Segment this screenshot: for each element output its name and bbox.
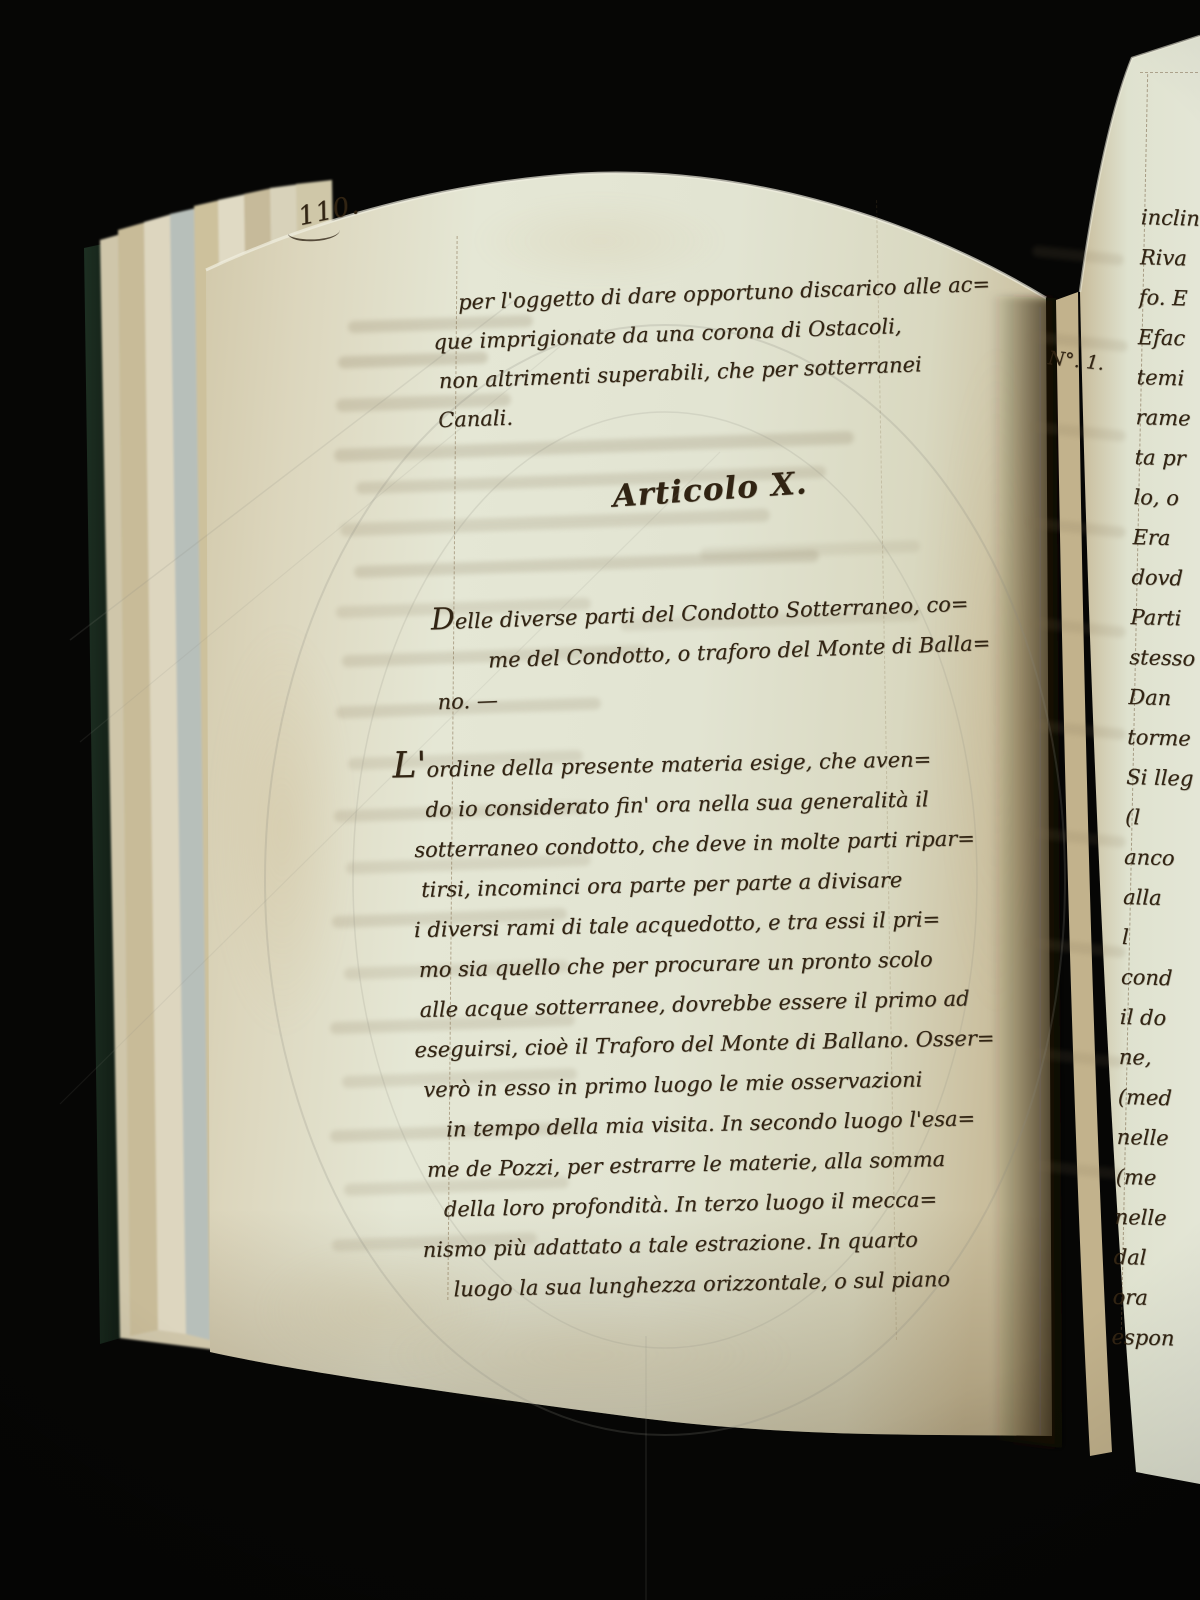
intro-paragraph: per l'oggetto di dare opportuno discaric… (427, 264, 1032, 441)
clipped-line-fragment: torme (1127, 717, 1200, 759)
clipped-line-fragment: lo, o (1133, 477, 1200, 519)
clipped-line-fragment: ne, (1118, 1037, 1193, 1079)
clipped-line-fragment: espon (1111, 1317, 1186, 1359)
clipped-line-fragment: il do (1119, 997, 1194, 1039)
clipped-line-fragment: cond (1121, 957, 1196, 999)
clipped-line-fragment: dal (1113, 1237, 1188, 1279)
manuscript-book-photo: 110. per l'oggetto di dare opportuno dis… (0, 0, 1200, 1600)
clipped-line-fragment: inclin (1140, 197, 1200, 239)
margin-rule-right-page-top (1140, 72, 1198, 73)
clipped-line-fragment: Dan (1128, 677, 1200, 719)
clipped-line-fragment: rame (1135, 397, 1200, 439)
subject-paragraph: Delle diverse parti del Condotto Sotterr… (424, 579, 1038, 722)
clipped-line-fragment: nelle (1114, 1197, 1189, 1239)
clipped-line-fragment: (me (1115, 1157, 1190, 1199)
clipped-line-fragment: Era (1132, 517, 1200, 559)
paper-stain (470, 196, 730, 286)
clipped-line-fragment: anco (1124, 837, 1199, 879)
clipped-line-fragment: fo. E (1138, 277, 1200, 319)
clipped-line-fragment: Si lleg (1126, 757, 1200, 799)
clipped-line-fragment: Riva (1139, 237, 1200, 279)
clipped-line-fragment: Efac (1137, 317, 1200, 359)
clipped-line-fragment: l (1122, 917, 1197, 959)
clipped-line-fragment: Parti (1130, 597, 1200, 639)
clipped-line-fragment: stesso (1129, 637, 1200, 679)
clipped-line-fragment: dovd (1131, 557, 1200, 599)
clipped-line-fragment: nelle (1116, 1117, 1191, 1159)
clipped-line-fragment: temi (1136, 357, 1200, 399)
paper-stain (212, 620, 352, 1040)
clipped-line-fragment: (l (1125, 797, 1200, 839)
clipped-line-fragment: ta pr (1134, 437, 1200, 479)
body-paragraph: L'ordine della presente materia esige, c… (390, 734, 1022, 1311)
clipped-line-fragment: (med (1117, 1077, 1192, 1119)
clipped-line-fragment: ora (1112, 1277, 1187, 1319)
paper-stain (380, 1300, 800, 1410)
clipped-line-fragment: alla (1123, 877, 1198, 919)
